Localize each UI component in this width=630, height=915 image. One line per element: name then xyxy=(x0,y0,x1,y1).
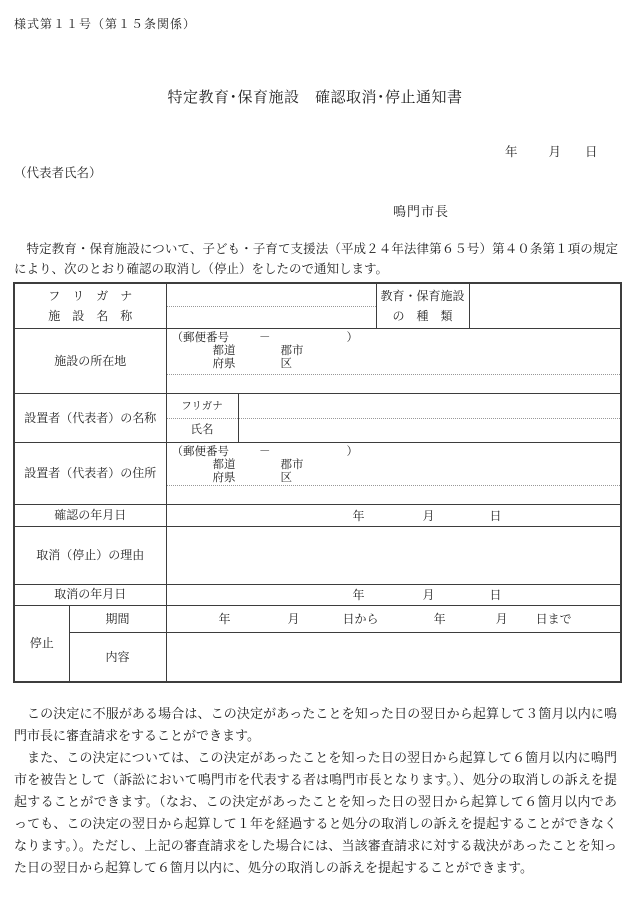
suspension-content-label-cell: 内容 xyxy=(69,632,166,682)
postal-code-line: （郵便番号－） xyxy=(167,332,621,345)
founder-shimei-label: 氏名 xyxy=(167,419,238,441)
founder-address-block: （郵便番号－） 都道郡市 府県区 xyxy=(167,443,621,486)
appeal-notes: この決定に不服がある場合は、この決定があったことを知った日の翌日から起算して３箇… xyxy=(14,703,617,879)
prefecture-label-bottom: 府県 xyxy=(213,358,236,370)
cancellation-date-field: 年月日 xyxy=(166,584,621,605)
cancellation-reason-label-cell: 取消（停止）の理由 xyxy=(14,526,166,584)
founder-furigana-label: フリガナ xyxy=(167,394,238,419)
confirmation-year-label: 年 xyxy=(353,509,365,523)
row-suspension-period: 停止 期間 年月日から年月日まで xyxy=(14,605,621,632)
facility-type-label-cell: 教育・保育施設 の 種 類 xyxy=(376,283,469,328)
row-facility-location: 施設の所在地 （郵便番号－） 都道郡市 府県区 xyxy=(14,328,621,393)
founder-prefecture-line-bottom: 府県区 xyxy=(167,472,621,485)
founder-prefecture-label-top: 都道 xyxy=(213,459,236,471)
confirmation-month-label: 月 xyxy=(423,509,435,523)
confirmation-date-label: 確認の年月日 xyxy=(15,505,166,525)
county-city-label: 郡市 xyxy=(281,345,304,357)
issue-day-label: 日 xyxy=(585,145,598,159)
row-cancellation-date: 取消の年月日 年月日 xyxy=(14,584,621,605)
suspension-content-label: 内容 xyxy=(70,647,166,667)
suspension-period-label: 期間 xyxy=(70,609,166,629)
suspension-content-blank-field xyxy=(166,632,621,682)
facility-name-label-cell: フ リ ガ ナ 施 設 名 称 xyxy=(14,283,166,328)
facility-name-blank-field xyxy=(166,283,376,328)
suspension-to-day-label: 日まで xyxy=(536,612,572,626)
row-cancellation-reason: 取消（停止）の理由 xyxy=(14,526,621,584)
founder-postal-open-label: （郵便番号 xyxy=(172,446,230,458)
notification-form-table: フ リ ガ ナ 施 設 名 称 教育・保育施設 の 種 類 施設の所在地 （郵便… xyxy=(13,282,622,683)
founder-prefecture-line-top: 都道郡市 xyxy=(167,459,621,472)
cancellation-date-label: 取消の年月日 xyxy=(15,585,166,604)
document-page: 様式第１１号（第１５条関係） 特定教育･保育施設 確認取消･停止通知書 年月日 … xyxy=(0,0,630,915)
cancellation-reason-label: 取消（停止）の理由 xyxy=(15,545,166,565)
issue-year-label: 年 xyxy=(505,145,518,159)
prefecture-line-bottom: 府県区 xyxy=(167,358,621,371)
founder-county-city-label: 郡市 xyxy=(281,459,304,471)
facility-type-label-line1: 教育・保育施設 xyxy=(377,286,469,306)
founder-postal-close-label: ） xyxy=(347,446,359,458)
suspension-from-day-label: 日から xyxy=(343,612,379,626)
row-founder-address: 設置者（代表者）の住所 （郵便番号－） 都道郡市 府県区 xyxy=(14,442,621,504)
suspension-label-cell: 停止 xyxy=(14,605,69,682)
founder-ward-label: 区 xyxy=(281,472,293,484)
suspension-from-month-label: 月 xyxy=(288,612,300,626)
facility-location-label-cell: 施設の所在地 xyxy=(14,328,166,393)
founder-prefecture-label-bottom: 府県 xyxy=(213,472,236,484)
ward-label: 区 xyxy=(281,358,293,370)
prefecture-line-top: 都道郡市 xyxy=(167,345,621,358)
facility-address-block: （郵便番号－） 都道郡市 府県区 xyxy=(167,329,621,375)
suspension-period-field: 年月日から年月日まで xyxy=(166,605,621,632)
suspension-label: 停止 xyxy=(15,633,69,653)
facility-name-label: 施 設 名 称 xyxy=(15,306,166,326)
founder-name-label: 設置者（代表者）の名称 xyxy=(15,408,166,428)
form-number-note: 様式第１１号（第１５条関係） xyxy=(14,15,196,32)
confirmation-date-label-cell: 確認の年月日 xyxy=(14,504,166,526)
cancellation-reason-blank-field xyxy=(166,526,621,584)
intro-paragraph: 特定教育・保育施設について、子ども・子育て支援法（平成２４年法律第６５号）第４０… xyxy=(14,240,618,279)
suspension-period-label-cell: 期間 xyxy=(69,605,166,632)
suspension-to-year-label: 年 xyxy=(434,612,446,626)
facility-furigana-blank-field xyxy=(167,284,376,307)
suspension-from-year-label: 年 xyxy=(219,612,231,626)
facility-type-blank-field xyxy=(469,283,621,328)
founder-postal-dash: － xyxy=(259,446,271,458)
cancellation-year-label: 年 xyxy=(353,588,365,602)
facility-location-label: 施設の所在地 xyxy=(15,351,166,371)
founder-furigana-blank-field xyxy=(239,394,621,419)
document-title: 特定教育･保育施設 確認取消･停止通知書 xyxy=(0,86,630,107)
facility-furigana-label: フ リ ガ ナ xyxy=(15,286,166,306)
founder-name-blank-field xyxy=(238,393,621,442)
founder-name-label-cell: 設置者（代表者）の名称 xyxy=(14,393,166,442)
prefecture-label-top: 都道 xyxy=(213,345,236,357)
cancellation-date-label-cell: 取消の年月日 xyxy=(14,584,166,605)
row-founder-name: 設置者（代表者）の名称 フリガナ 氏名 xyxy=(14,393,621,442)
postal-code-dash: － xyxy=(259,332,271,344)
addressee-placeholder: （代表者氏名） xyxy=(14,163,102,181)
postal-code-open-label: （郵便番号 xyxy=(172,332,230,344)
founder-address-label-cell: 設置者（代表者）の住所 xyxy=(14,442,166,504)
issue-date-line: 年月日 xyxy=(505,142,598,160)
postal-code-close-label: ） xyxy=(347,332,359,344)
confirmation-day-label: 日 xyxy=(490,509,502,523)
row-suspension-content: 内容 xyxy=(14,632,621,682)
row-confirmation-date: 確認の年月日 年月日 xyxy=(14,504,621,526)
appeal-note-paragraph-2: また、この決定については、この決定があったことを知った日の翌日から起算して６箇月… xyxy=(14,747,617,879)
sender-mayor-name: 鳴門市長 xyxy=(393,201,449,220)
issue-month-label: 月 xyxy=(549,145,562,159)
founder-name-sublabel-cell: フリガナ 氏名 xyxy=(166,393,238,442)
confirmation-date-field: 年月日 xyxy=(166,504,621,526)
facility-type-label-line2: の 種 類 xyxy=(377,306,469,326)
suspension-to-month-label: 月 xyxy=(496,612,508,626)
facility-location-field: （郵便番号－） 都道郡市 府県区 xyxy=(166,328,621,393)
founder-address-label: 設置者（代表者）の住所 xyxy=(15,463,166,483)
row-facility-name: フ リ ガ ナ 施 設 名 称 教育・保育施設 の 種 類 xyxy=(14,283,621,328)
cancellation-day-label: 日 xyxy=(490,588,502,602)
founder-postal-code-line: （郵便番号－） xyxy=(167,446,621,459)
cancellation-month-label: 月 xyxy=(423,588,435,602)
appeal-note-paragraph-1: この決定に不服がある場合は、この決定があったことを知った日の翌日から起算して３箇… xyxy=(14,703,617,747)
founder-address-field: （郵便番号－） 都道郡市 府県区 xyxy=(166,442,621,504)
